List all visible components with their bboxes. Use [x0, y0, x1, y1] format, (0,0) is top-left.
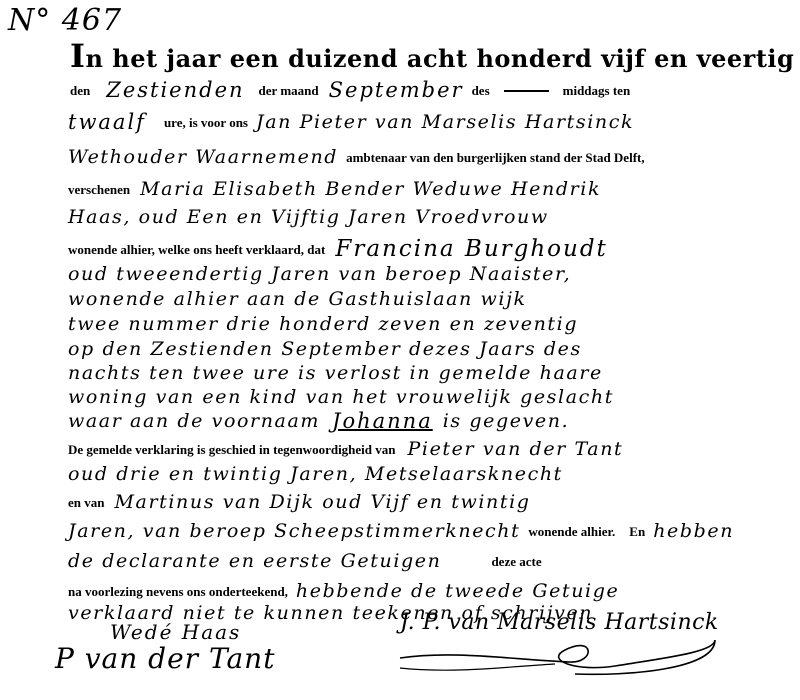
handwritten-month: September [329, 78, 464, 102]
blank-dash [504, 90, 549, 92]
printed-text: na voorlezing nevens ons onderteekend, [68, 584, 288, 599]
form-line-5: Haas, oud Een en Vijftig Jaren Vroedvrou… [68, 208, 549, 227]
handwritten-day: Zestienden [106, 78, 244, 102]
signature-witness: P van der Tant [55, 645, 275, 673]
form-line-1: den Zestienden der maand September des m… [70, 80, 630, 101]
title-initial: I [70, 37, 85, 75]
handwritten-text: de declarante en eerste Getuigen [68, 550, 441, 572]
printed-text: verschenen [68, 182, 130, 197]
signature-declarant: Wedé Haas [110, 622, 241, 642]
printed-text: middags ten [563, 83, 631, 98]
printed-text: De gemelde verklaring is geschied in teg… [68, 442, 396, 457]
form-line-16: en van Martinus van Dijk oud Vijf en twi… [68, 493, 531, 512]
form-line-13: waar aan de voornaam Johanna is gegeven. [68, 411, 569, 432]
form-line-19: na voorlezing nevens ons onderteekend, h… [68, 582, 619, 601]
handwritten-line-11: nachts ten twee ure is verlost in gemeld… [68, 364, 603, 383]
form-line-4: verschenen Maria Elisabeth Bender Weduwe… [68, 180, 601, 199]
signature-flourish-icon [395, 630, 765, 680]
handwritten-line-7: oud tweeendertig Jaren van beroep Naaist… [68, 265, 571, 284]
printed-text: deze acte [491, 554, 541, 569]
document-title: In het jaar een duizend acht honderd vij… [70, 40, 794, 72]
form-line-6: wonende alhier, welke ons heeft verklaar… [68, 238, 608, 261]
handwritten-line-15: oud drie en twintig Jaren, Metselaarskne… [68, 465, 563, 484]
handwritten-text: is gegeven. [443, 410, 570, 432]
printed-text: wonende alhier, welke ons heeft verklaar… [68, 242, 325, 257]
handwritten-mother-name: Francina Burghoudt [335, 236, 607, 262]
civil-registry-document: N° 467 In het jaar een duizend acht hond… [0, 0, 800, 700]
handwritten-declarant-details: Haas, oud Een en Vijftig Jaren Vroedvrou… [68, 206, 549, 228]
handwritten-witness-1: Pieter van der Tant [408, 438, 624, 460]
printed-text: ambtenaar van den burgerlijken stand der… [346, 150, 645, 165]
title-text: n het jaar een duizend acht honderd vijf… [85, 44, 794, 73]
handwritten-line-9: twee nummer drie honderd zeven en zevent… [68, 315, 578, 334]
printed-text: des [472, 83, 490, 98]
form-line-18: de declarante en eerste Getuigen deze ac… [68, 552, 542, 571]
form-line-3: Wethouder Waarnemend ambtenaar van den b… [68, 148, 645, 167]
printed-text: en van [68, 495, 104, 510]
handwritten-declarant: Maria Elisabeth Bender Weduwe Hendrik [140, 178, 601, 200]
handwritten-line-12: woning van een kind van het vrouwelijk g… [68, 388, 614, 407]
handwritten-official-name: Jan Pieter van Marselis Hartsinck [256, 111, 634, 133]
handwritten-text: waar aan de voornaam [68, 410, 320, 432]
handwritten-witness-2: Martinus van Dijk oud Vijf en twintig [114, 491, 530, 513]
decorative-stroke-icon [85, 30, 125, 110]
form-line-17: Jaren, van beroep Scheepstimmerknecht wo… [68, 522, 734, 541]
form-line-14: De gemelde verklaring is geschied in teg… [68, 440, 623, 459]
handwritten-child-name: Johanna [332, 409, 433, 433]
handwritten-text: Jaren, van beroep Scheepstimmerknecht [68, 520, 520, 542]
printed-text: der maand [259, 83, 319, 98]
handwritten-text: hebbende de tweede Getuige [296, 580, 619, 602]
form-line-2: twaalf ure, is voor ons Jan Pieter van M… [68, 112, 634, 133]
handwritten-line-8: wonende alhier aan de Gasthuislaan wijk [68, 290, 527, 309]
printed-text: wonende alhier. [528, 524, 615, 539]
handwritten-hour: twaalf [68, 110, 146, 134]
handwritten-text: hebben [653, 520, 734, 542]
handwritten-line-10: op den Zestienden September dezes Jaars … [68, 340, 582, 359]
handwritten-official-title: Wethouder Waarnemend [68, 146, 338, 168]
printed-text: ure, is voor ons [164, 115, 248, 130]
printed-text: En [629, 524, 645, 539]
